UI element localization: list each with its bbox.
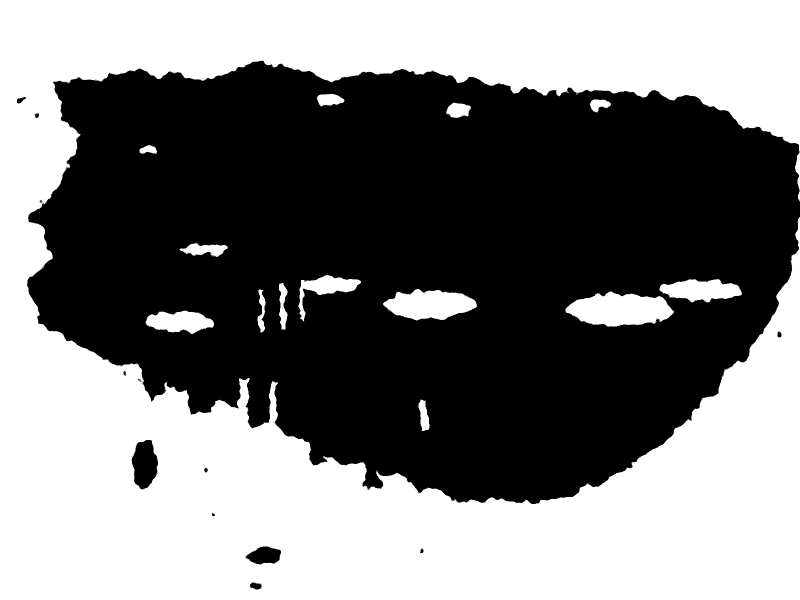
- grunge-brush-texture: [0, 0, 800, 600]
- brush-stroke-graphic: [0, 0, 800, 600]
